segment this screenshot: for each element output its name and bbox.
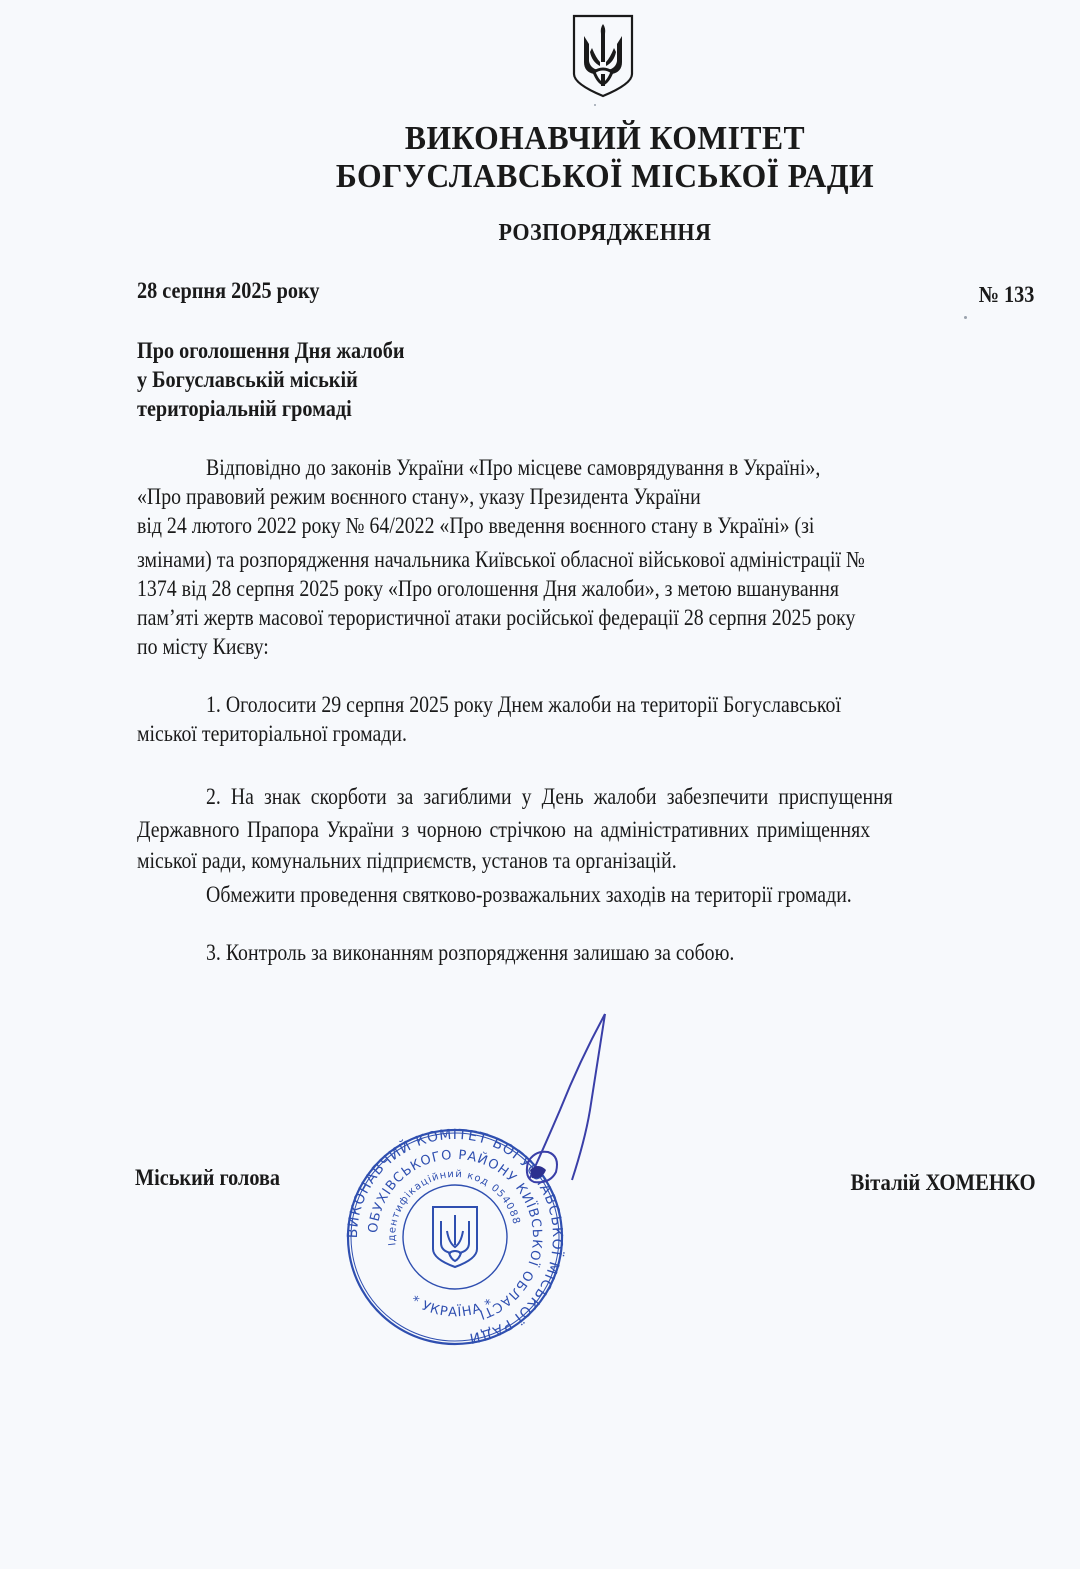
preamble-line: пам’яті жертв масової терористичної атак… (137, 603, 855, 632)
organization-title: ВИКОНАВЧИЙ КОМІТЕТ БОГУСЛАВСЬКОЇ МІСЬКОЇ… (42, 120, 1080, 196)
preamble-line: по місту Києву: (137, 632, 269, 661)
item-1-line: 1. Оголосити 29 серпня 2025 року Днем жа… (206, 690, 841, 719)
item-2-line: міської ради, комунальних підприємств, у… (137, 846, 677, 875)
preamble-line: від 24 лютого 2022 року № 64/2022 «Про в… (137, 511, 814, 540)
preamble-line: змінами) та розпорядження начальника Киї… (137, 545, 865, 574)
document-number: № 133 (978, 282, 1034, 308)
scan-speck (594, 104, 596, 106)
preamble-line: «Про правовий режим воєнного стану», ука… (137, 482, 701, 511)
subject-line-2: у Богуславській міській (137, 365, 405, 394)
document-subject: Про оголошення Дня жалоби у Богуславські… (137, 336, 405, 423)
item-2-line: Державного Прапора України з чорною стрі… (137, 815, 870, 844)
subject-line-1: Про оголошення Дня жалоби (137, 336, 405, 365)
signatory-role: Міський голова (135, 1165, 280, 1191)
trident-emblem-icon (570, 12, 636, 98)
signatory-name: Віталій ХОМЕНКО (851, 1170, 1036, 1196)
preamble-line: Відповідно до законів України «Про місце… (206, 453, 820, 482)
document-date: 28 серпня 2025 року (137, 278, 320, 304)
item-1-line: міської територіальної громади. (137, 719, 407, 748)
item-2-line: 2. На знак скорботи за загиблими у День … (206, 782, 893, 811)
org-title-line-1: ВИКОНАВЧИЙ КОМІТЕТ (42, 120, 1080, 158)
item-3-line: 3. Контроль за виконанням розпорядження … (206, 938, 734, 967)
org-title-line-2: БОГУСЛАВСЬКОЇ МІСЬКОЇ РАДИ (42, 158, 1080, 196)
scan-speck (964, 316, 967, 319)
document-page: ВИКОНАВЧИЙ КОМІТЕТ БОГУСЛАВСЬКОЇ МІСЬКОЇ… (0, 0, 1080, 1569)
subject-line-3: територіальній громаді (137, 394, 405, 423)
preamble-line: 1374 від 28 серпня 2025 року «Про оголош… (137, 574, 839, 603)
document-type-heading: РОЗПОРЯДЖЕННЯ (48, 220, 1080, 247)
item-2-line: Обмежити проведення святково-розважальни… (206, 880, 852, 909)
handwritten-signature (490, 1000, 620, 1200)
